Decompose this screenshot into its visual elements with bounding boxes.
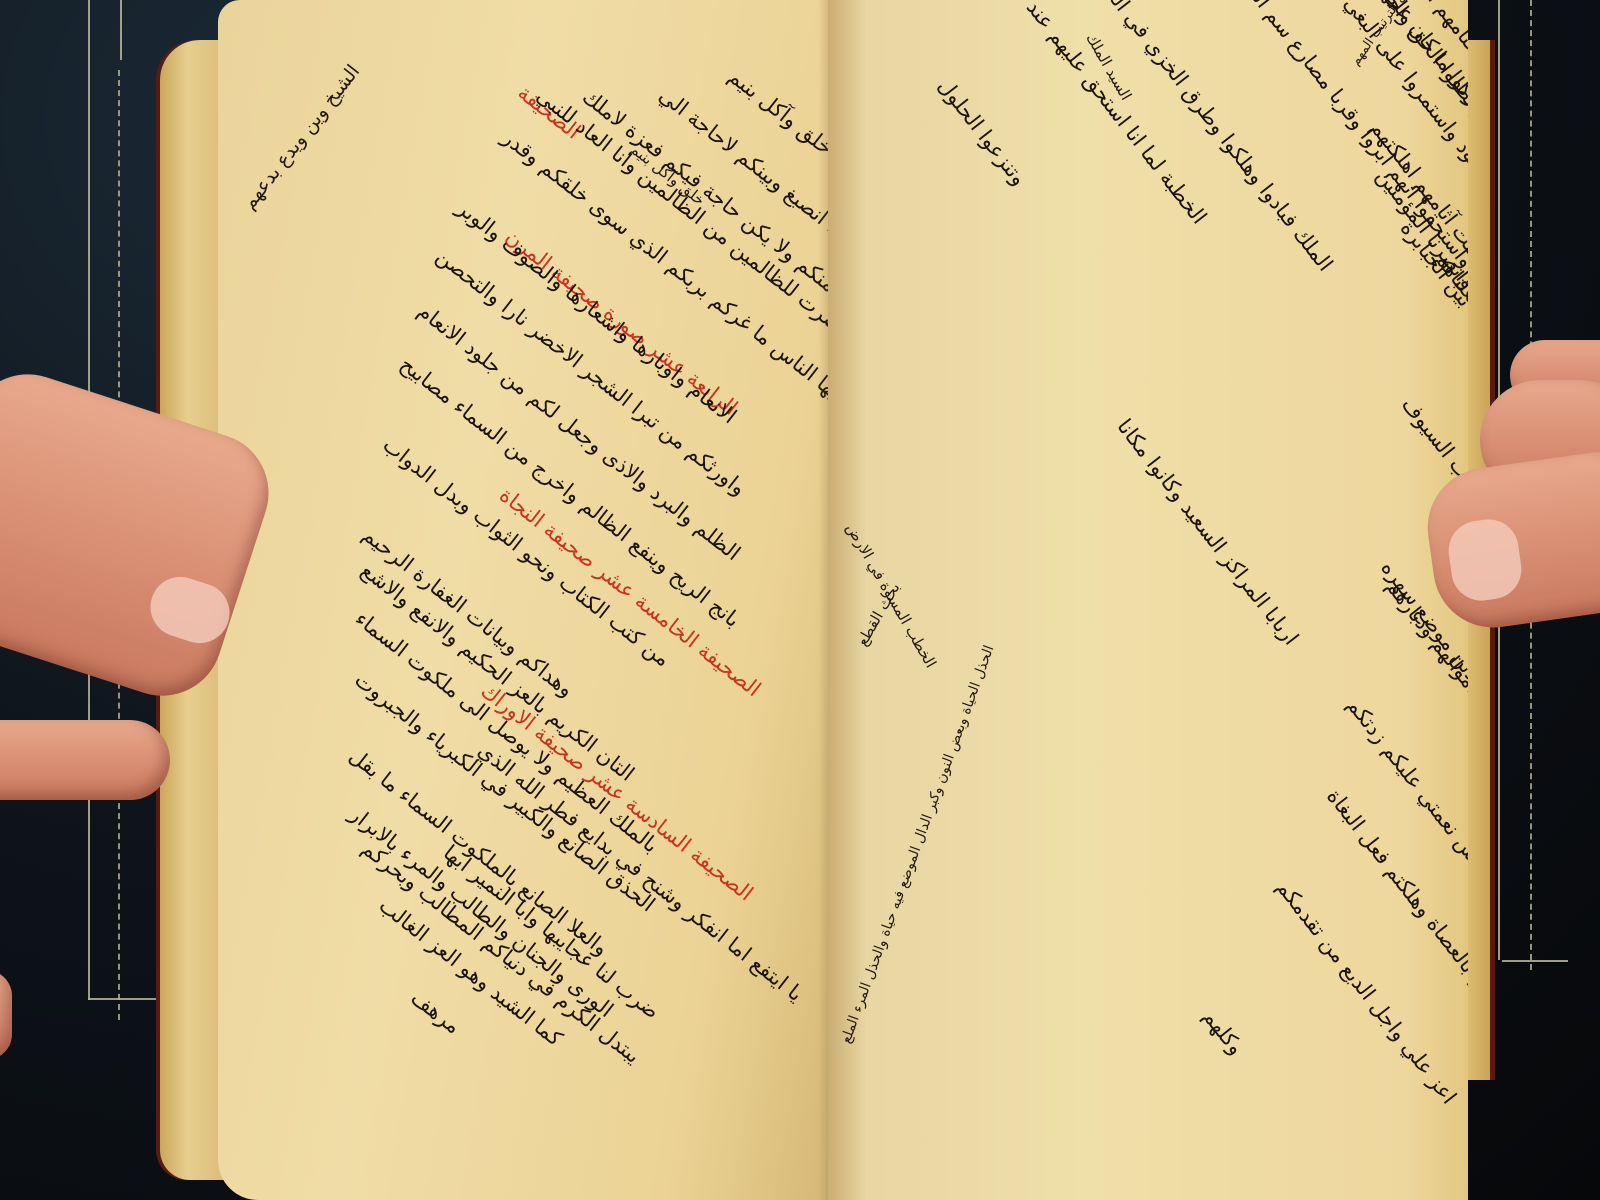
text-line: وتنزعوا الحلول [933, 74, 1031, 190]
mat-frame-top [120, 0, 122, 60]
text-line: الظلم والبرد والاذى وجعل لكم من جلود الا… [413, 299, 745, 566]
left-page: خلق وآكل بنيم الشيخ وين ويدع بدعهم خلق و… [218, 0, 828, 1200]
right-page: السيد الملك الخطب المسوة في الارض بحث ال… [828, 0, 1468, 1200]
text-line: اربابا المراكز السعيد وكانوا مكانا [1112, 414, 1303, 649]
mat-frame-right-bottom [1502, 960, 1568, 962]
right-margin-note-bottom: الحذل الحياة وبعض النون وكبر الدال الموض… [838, 643, 997, 1045]
text-line: الخطبة لما انا استحق عليهم عند [1022, 0, 1212, 229]
text-line: وهداكم وبيانات الغفارة الرحيم [358, 522, 578, 701]
text-line: وكلهم [1198, 1005, 1248, 1060]
text-line: مرهف [407, 985, 466, 1038]
left-index-finger [0, 720, 170, 800]
text-line: فان شكرتم يا ايها الناس نعمتي عليكم زدتك… [1342, 693, 1468, 1010]
left-margin-note-side: الشيخ وين ويدع بدعهم [238, 61, 364, 214]
